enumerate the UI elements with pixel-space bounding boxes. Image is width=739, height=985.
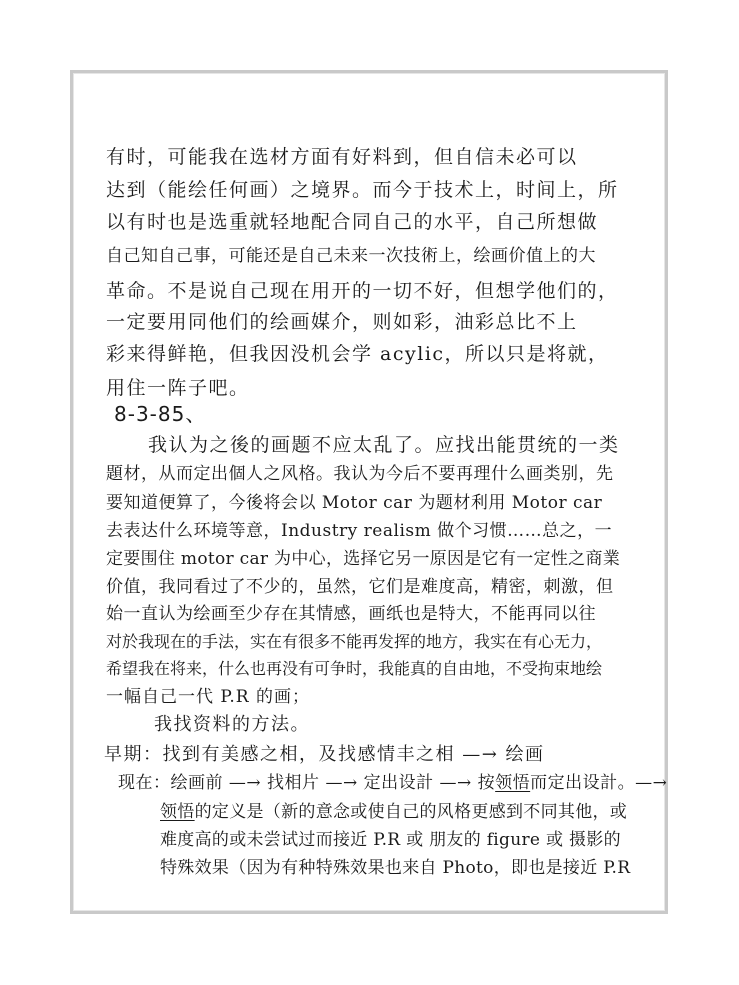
paragraph-1-line-1: 有时，可能我在选材方面有好料到，但自信未必可以 bbox=[106, 148, 578, 167]
paragraph-2-line-9: 希望我在将来，什么也再没有可争时，我能真的自由地，不受拘束地绘 bbox=[106, 661, 602, 677]
paragraph-2-line-8: 对於我现在的手法，实在有很多不能再发挥的地方，我实在有心无力， bbox=[106, 634, 602, 650]
paragraph-2-line-2: 題材，从而定出個人之风格。我认为今后不要再理什么画类别，先 bbox=[106, 466, 614, 483]
date-heading: 8-3-85、 bbox=[114, 404, 206, 424]
methods-subheading: 我找资料的方法。 bbox=[154, 716, 310, 734]
method-now-text-2: 而定出设計。—→ bbox=[530, 773, 667, 793]
method-now: 现在：绘画前 —→ 找相片 —→ 定出设計 —→ 按领悟而定出设計。—→ bbox=[118, 775, 667, 792]
paragraph-2-line-5: 定要围住 motor car 为中心，选择它另一原因是它有一定性之商業 bbox=[106, 551, 620, 568]
definition-line-3: 特殊效果（因为有种特殊效果也来自 Photo，即也是接近 P.R bbox=[160, 860, 630, 877]
paragraph-2-line-10: 一幅自己一代 P.R 的画； bbox=[106, 689, 310, 706]
paragraph-2-line-7: 始一直认为绘画至少存在其情感，画纸也是特大，不能再同以往 bbox=[106, 606, 596, 623]
method-early-text: 找到有美感之相，及找感情丰之相 —→ 绘画 bbox=[163, 744, 545, 765]
method-now-label: 现在： bbox=[118, 773, 171, 793]
method-now-text-1: 绘画前 —→ 找相片 —→ 定出设計 —→ 按 bbox=[171, 773, 496, 793]
definition-text-1: 的定义是（新的意念或使自己的风格更感到不同其他，或 bbox=[195, 802, 628, 822]
paragraph-1-line-4: 自己知自己事，可能还是自己未来一次技術上，绘画价值上的大 bbox=[106, 248, 596, 265]
paragraph-1-line-3: 以有时也是选重就轻地配合同自己的水平，自己所想做 bbox=[106, 213, 598, 232]
paragraph-1-line-5: 革命。不是说自己现在用开的一切不好，但想学他们的， bbox=[106, 282, 619, 301]
definition-underlined-term: 领悟 bbox=[160, 802, 195, 822]
paragraph-1-line-6: 一定要用同他们的绘画媒介，则如彩，油彩总比不上 bbox=[106, 313, 578, 332]
paragraph-2-line-6: 价值，我同看过了不少的，虽然，它们是难度高，精密，刺激，但 bbox=[106, 579, 614, 596]
paragraph-1-line-7: 彩来得鲜艳，但我因没机会学 acylic，所以只是将就， bbox=[106, 345, 609, 364]
method-early: 早期：找到有美感之相，及找感情丰之相 —→ 绘画 bbox=[104, 746, 545, 764]
method-early-label: 早期： bbox=[104, 744, 163, 765]
paragraph-2-line-1: 我认为之後的画题不应太乱了。应找出能贯统的一类 bbox=[148, 436, 620, 455]
paragraph-2-line-3: 要知道便算了，今後将会以 Motor car 为题材利用 Motor car bbox=[106, 495, 602, 512]
paragraph-2-line-4: 去表达什么环境等意，Industry realism 做个习惯……总之，一 bbox=[106, 523, 612, 540]
definition-line-1: 领悟的定义是（新的意念或使自己的风格更感到不同其他，或 bbox=[160, 804, 627, 821]
definition-line-2: 难度高的或未尝试过而接近 P.R 或 朋友的 figure 或 摄影的 bbox=[160, 832, 621, 849]
paragraph-1-line-2: 达到（能绘任何画）之境界。而今于技术上，时间上，所 bbox=[106, 181, 619, 200]
paragraph-1-line-8: 用住一阵子吧。 bbox=[106, 379, 250, 398]
method-now-underlined-term: 领悟 bbox=[495, 773, 530, 793]
